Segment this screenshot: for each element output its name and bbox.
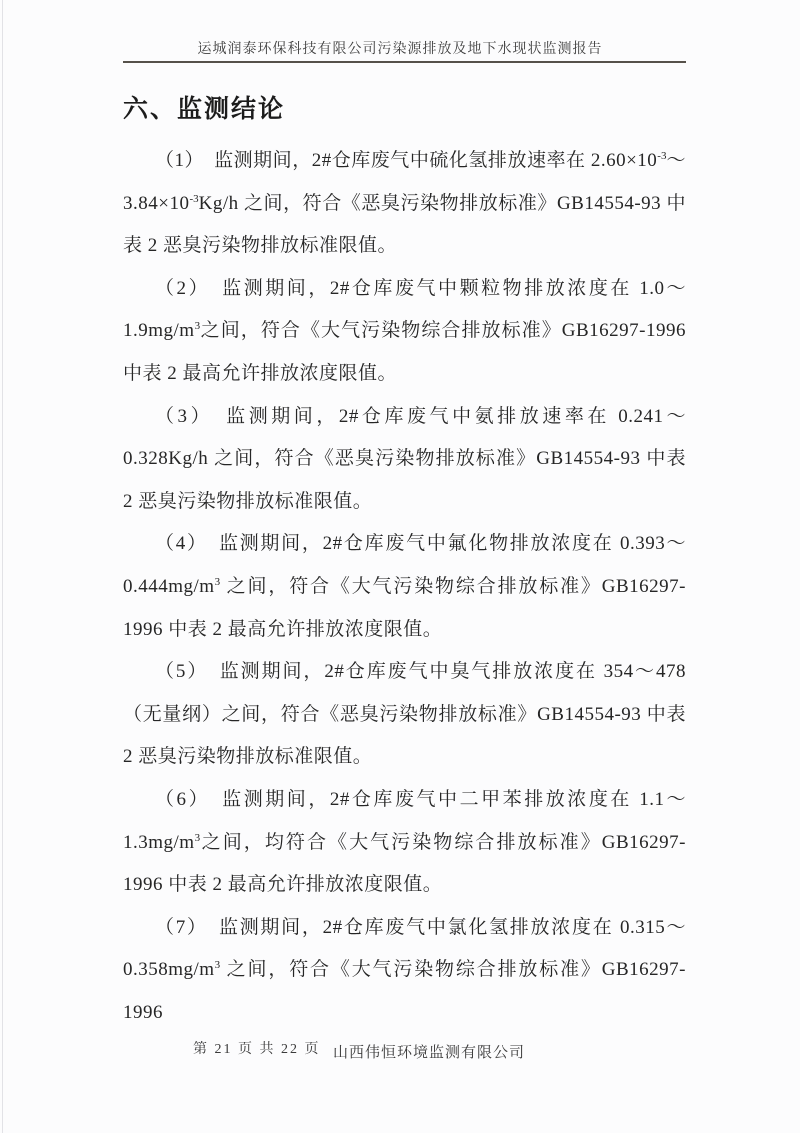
paragraph: （1） 监测期间，2#仓库废气中硫化氢排放速率在 2.60×10-3～3.84×… xyxy=(123,140,686,268)
scan-edge xyxy=(2,0,3,1133)
company-name: 山西伟恒环境监测有限公司 xyxy=(333,1041,525,1062)
header-rule xyxy=(123,61,686,63)
paragraph: （3） 监测期间，2#仓库废气中氨排放速率在 0.241～0.328Kg/h 之… xyxy=(123,396,686,524)
page-header-title: 运城润泰环保科技有限公司污染源排放及地下水现状监测报告 xyxy=(0,38,800,58)
section-heading: 六、监测结论 xyxy=(123,90,686,128)
report-page: 运城润泰环保科技有限公司污染源排放及地下水现状监测报告 六、监测结论 （1） 监… xyxy=(0,0,800,1133)
paragraph: （5） 监测期间，2#仓库废气中臭气排放浓度在 354～478（无量纲）之间，符… xyxy=(123,651,686,779)
paragraph: （6） 监测期间，2#仓库废气中二甲苯排放浓度在 1.1～1.3mg/m3之间，… xyxy=(123,779,686,907)
paragraph: （4） 监测期间，2#仓库废气中氟化物排放浓度在 0.393～0.444mg/m… xyxy=(123,523,686,651)
paragraph: （7） 监测期间，2#仓库废气中氯化氢排放浓度在 0.315～0.358mg/m… xyxy=(123,907,686,1035)
paragraph-list: （1） 监测期间，2#仓库废气中硫化氢排放速率在 2.60×10-3～3.84×… xyxy=(123,140,686,1034)
paragraph: （2） 监测期间，2#仓库废气中颗粒物排放浓度在 1.0～1.9mg/m3之间，… xyxy=(123,268,686,396)
page-content: 六、监测结论 （1） 监测期间，2#仓库废气中硫化氢排放速率在 2.60×10-… xyxy=(123,90,686,1034)
page-number-label: 第 21 页 共 22 页 xyxy=(193,1038,321,1058)
page-footer: 第 21 页 共 22 页 山西伟恒环境监测有限公司 xyxy=(0,1036,800,1060)
